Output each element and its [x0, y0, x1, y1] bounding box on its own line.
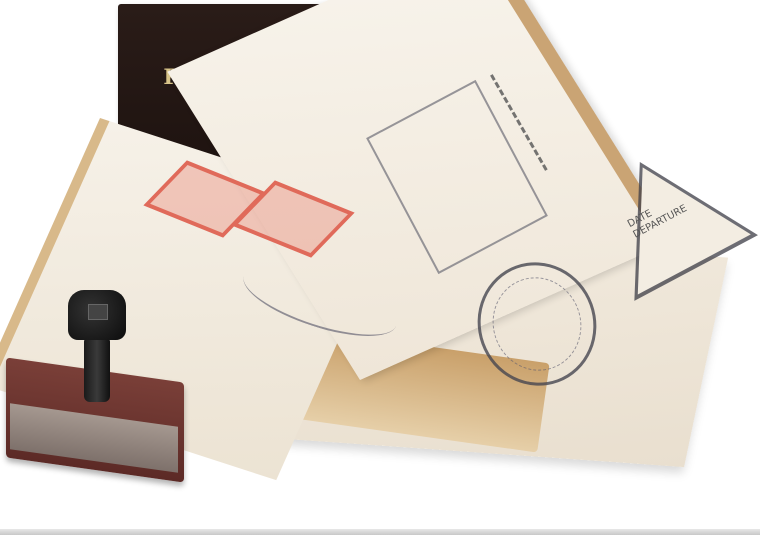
rubber-stamp-handle — [68, 290, 126, 340]
bottom-border — [0, 529, 760, 535]
passport-photo: PASSPORT DATE DEPARTURE — [0, 0, 760, 535]
rubber-stamp-neck — [84, 336, 110, 402]
oval-stamp-inner — [480, 265, 595, 383]
handle-label-icon — [88, 304, 108, 320]
